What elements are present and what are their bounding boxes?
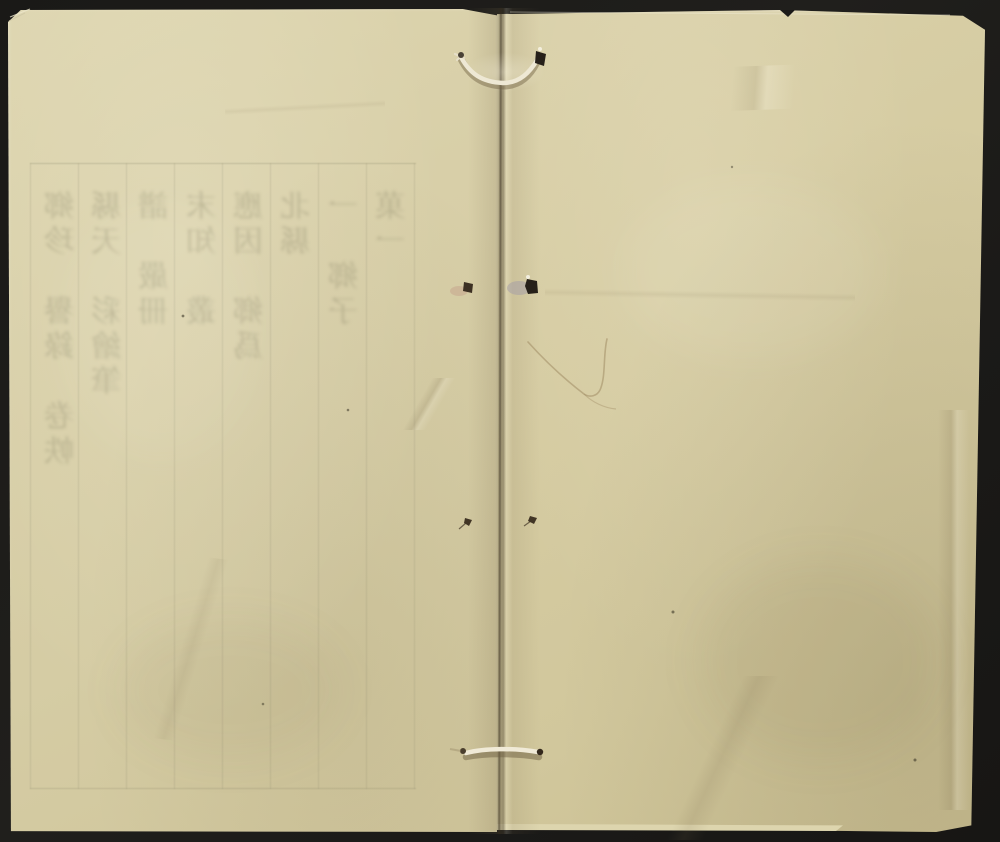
ghost-text-column: 縣天 彩繪筆: [92, 190, 128, 400]
ghost-text-column: 譜 嚴冊: [139, 190, 175, 330]
book-scan-photo: 菓一 一 鄉子 北縣 應因 鄉爲 末知 叢 譜 嚴冊 縣天 彩繪筆 鄉珍 譽錄 …: [0, 0, 1000, 842]
right-page: [497, 10, 985, 832]
ghost-text-column: 一 鄉子: [329, 190, 365, 330]
left-page: 菓一 一 鄉子 北縣 應因 鄉爲 末知 叢 譜 嚴冊 縣天 彩繪筆 鄉珍 譽錄 …: [8, 8, 497, 832]
ghost-text-column: 北縣: [281, 190, 317, 260]
gutter-shadow: [468, 8, 540, 834]
ghost-text-column: 末知 叢: [187, 190, 223, 330]
ghost-text-column: 鄉珍 譽錄 卷帙: [45, 190, 81, 470]
ghost-text-column: 應因 鄉爲: [234, 190, 270, 365]
ghost-text-column: 菓一: [376, 190, 412, 260]
